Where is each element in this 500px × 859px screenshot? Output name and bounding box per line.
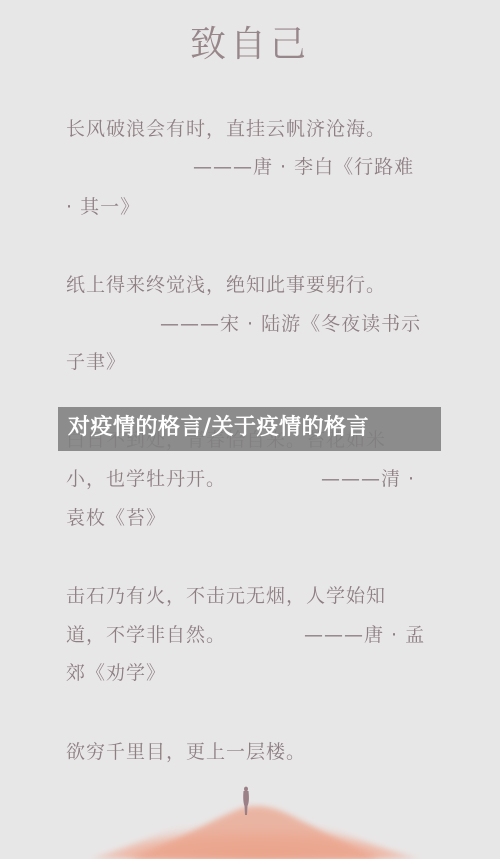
poster-title: 致自己 <box>0 22 500 68</box>
quote-2-attribution-cont: 子聿》 <box>66 349 126 375</box>
quote-3-attribution-cont: 袁枚《苔》 <box>66 505 166 531</box>
quote-4-line-2: 道，不学非自然。 <box>66 622 226 648</box>
quote-1-line-1: 长风破浪会有时，直挂云帆济沧海。 <box>66 116 386 142</box>
quote-3-attribution: ———清 · <box>321 466 415 492</box>
banner-title: 对疫情的格言/关于疫情的格言 <box>68 413 369 443</box>
quote-1-attribution-cont: · 其一》 <box>66 194 140 220</box>
quote-5-line-1: 欲穷千里目，更上一层楼。 <box>66 739 306 765</box>
quote-4-attribution-cont: 郊《劝学》 <box>66 660 166 686</box>
quote-4-attribution: ———唐 · 孟 <box>304 622 425 648</box>
quote-4-line-1: 击石乃有火，不击元无烟，人学始知 <box>66 583 386 609</box>
quote-2-line-1: 纸上得来终觉浅，绝知此事要躬行。 <box>66 272 386 298</box>
quote-2-attribution: ———宋 · 陆游《冬夜读书示 <box>160 311 421 337</box>
title-banner: 对疫情的格言/关于疫情的格言 <box>58 407 441 451</box>
hill-with-figure-illustration <box>0 770 500 859</box>
quote-3-line-2: 小，也学牡丹开。 <box>66 466 226 492</box>
quote-1-attribution: ———唐 · 李白《行路难 <box>193 154 414 180</box>
